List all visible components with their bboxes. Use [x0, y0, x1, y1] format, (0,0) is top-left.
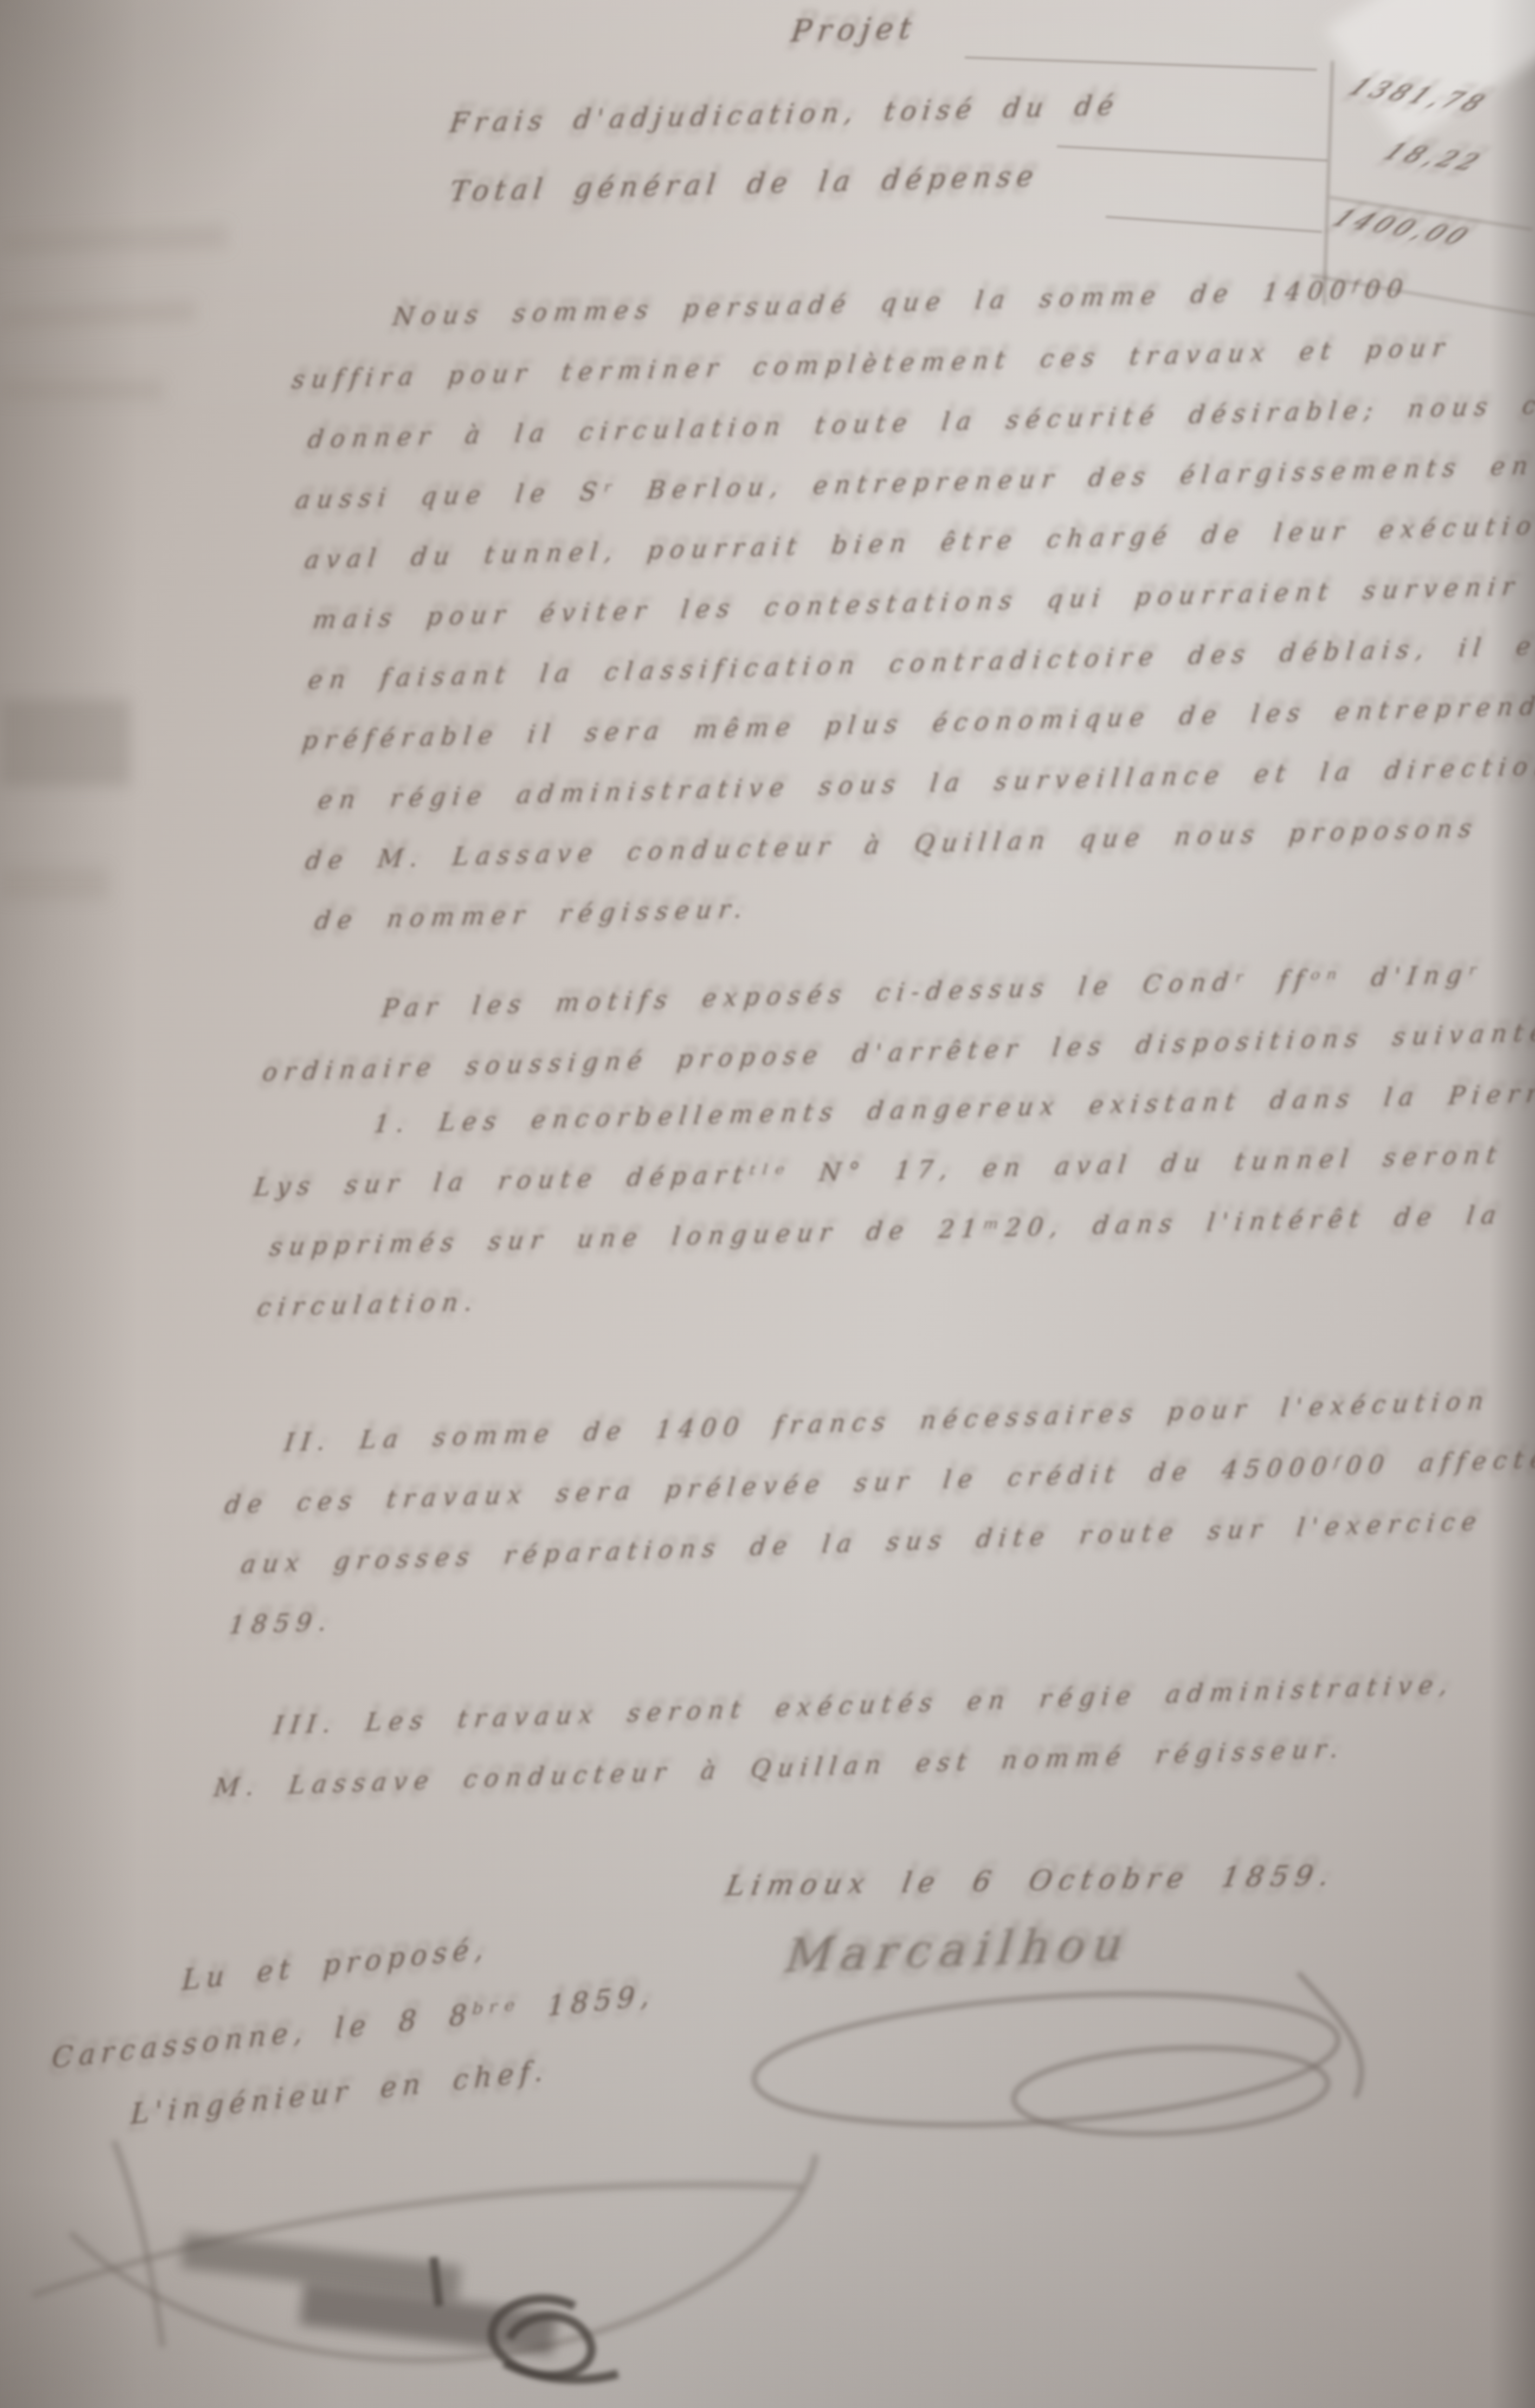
- ruled-leader-line: [1106, 216, 1322, 233]
- adjudication-line: Frais d'adjudication, toisé du dé: [448, 90, 1120, 139]
- article-3: III. Les travaux seront exécutés en régi…: [217, 1669, 1455, 1832]
- place-date-line: Limoux le 6 Octobre 1859.: [724, 1859, 1337, 1902]
- doc-title: Projet: [789, 10, 919, 49]
- amount-value: 18,22: [1378, 137, 1491, 176]
- total-line: Total général de la dépense: [448, 160, 1041, 209]
- paper-edge-highlight: [1325, 0, 1535, 147]
- article-2: II. La somme de 1400 francs nécessaires …: [228, 1384, 1535, 1670]
- approval-block: Lu et proposé,Carcassonne, le 8 8ᵇʳᵉ 185…: [49, 1916, 664, 2169]
- bleed-through-mark: [0, 300, 196, 329]
- ruled-leader-line: [1057, 145, 1328, 162]
- bleed-through-mark: [0, 224, 228, 257]
- bleed-through-mark: [0, 867, 108, 900]
- totals-box-left-border: [1323, 61, 1334, 306]
- ruled-leader-line: [965, 56, 1317, 71]
- article-1: 1. Les encorbellements dangereux existan…: [257, 1077, 1535, 1353]
- bleed-through-mark: [0, 379, 163, 401]
- paragraph-main: Nous sommes persuadé que la somme de 140…: [295, 267, 1535, 966]
- bleed-through-mark: [0, 699, 130, 786]
- document-photo: Projet Frais d'adjudication, toisé du dé…: [0, 0, 1535, 2408]
- amount-value: 1400,00: [1326, 204, 1479, 251]
- signature: Marcailhou: [778, 1916, 1139, 1983]
